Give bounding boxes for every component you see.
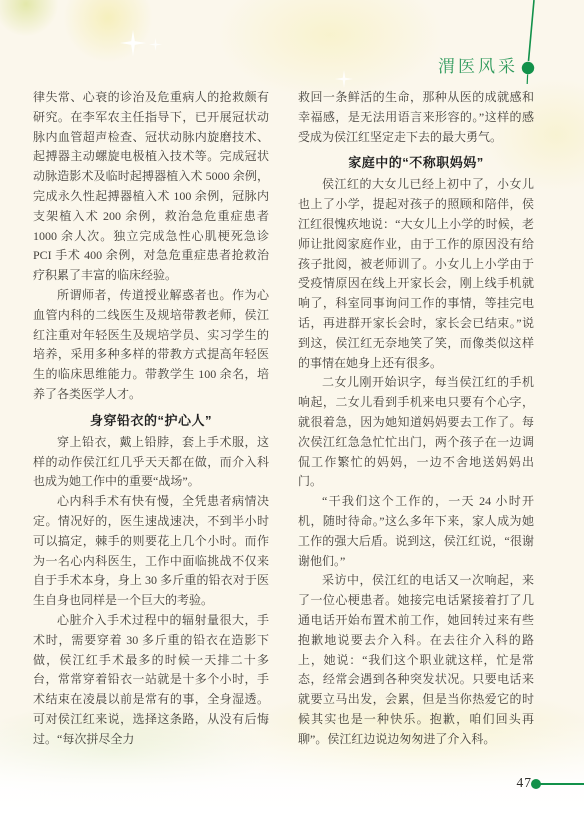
paragraph: 律失常、心衰的诊治及危重病人的抢救颇有研究。在李军农主任指导下，已开展冠状动脉内… xyxy=(33,88,269,286)
article-column-right: 救回一条鲜活的生命，那种从医的成就感和幸福感，是无法用语言来形容的。”这样的感受… xyxy=(298,88,534,750)
sparkle-icon xyxy=(335,70,353,88)
section-title: 渭医风采 xyxy=(438,52,518,77)
article-column-left: 律失常、心衰的诊治及危重病人的抢救颇有研究。在李军农主任指导下，已开展冠状动脉内… xyxy=(33,88,269,750)
paragraph: 心脏介入手术过程中的辐射量很大，手术时，需要穿着 30 多斤重的铅衣在造影下做，… xyxy=(33,611,269,750)
sparkle-icon xyxy=(120,30,146,56)
section-heading: 身穿铅衣的“护心人” xyxy=(33,410,269,429)
header-marker-line xyxy=(500,0,560,92)
paragraph: 二女儿刚开始识字，每当侯江红的手机响起，二女儿看到手机来电只要有个心字，就很着急… xyxy=(298,373,534,492)
section-heading: 家庭中的“不称职妈妈” xyxy=(298,152,534,171)
paragraph: 心内科手术有快有慢，全凭患者病情决定。情况好的，医生速战速决，不到半小时可以搞定… xyxy=(33,492,269,611)
page-number: 47 xyxy=(517,775,533,791)
paragraph: 采访中，侯江红的电话又一次响起，来了一位心梗患者。她接完电话紧接着打了几通电话开… xyxy=(298,571,534,749)
magazine-page: 渭医风采 律失常、心衰的诊治及危重病人的抢救颇有研究。在李军农主任指导下，已开展… xyxy=(0,0,584,813)
paragraph: 侯江红的大女儿已经上初中了，小女儿也上了小学，提起对孩子的照顾和陪伴，侯江红很愧… xyxy=(298,175,534,373)
footer-marker-line xyxy=(539,783,584,785)
sparkle-icon xyxy=(149,38,162,51)
paragraph: 救回一条鲜活的生命，那种从医的成就感和幸福感，是无法用语言来形容的。”这样的感受… xyxy=(298,88,534,147)
paragraph: “干我们这个工作的，一天 24 小时开机，随时待命。”这么多年下来，家人成为她工… xyxy=(298,492,534,571)
paragraph: 穿上铅衣，戴上铅脖，套上手术服，这样的动作侯江红几乎天天都在做，而介入科也成为她… xyxy=(33,433,269,492)
paragraph: 所谓师者，传道授业解惑者也。作为心血管内科的二线医生及规培带教老师，侯江红注重对… xyxy=(33,286,269,405)
header-marker-dot xyxy=(522,62,534,74)
